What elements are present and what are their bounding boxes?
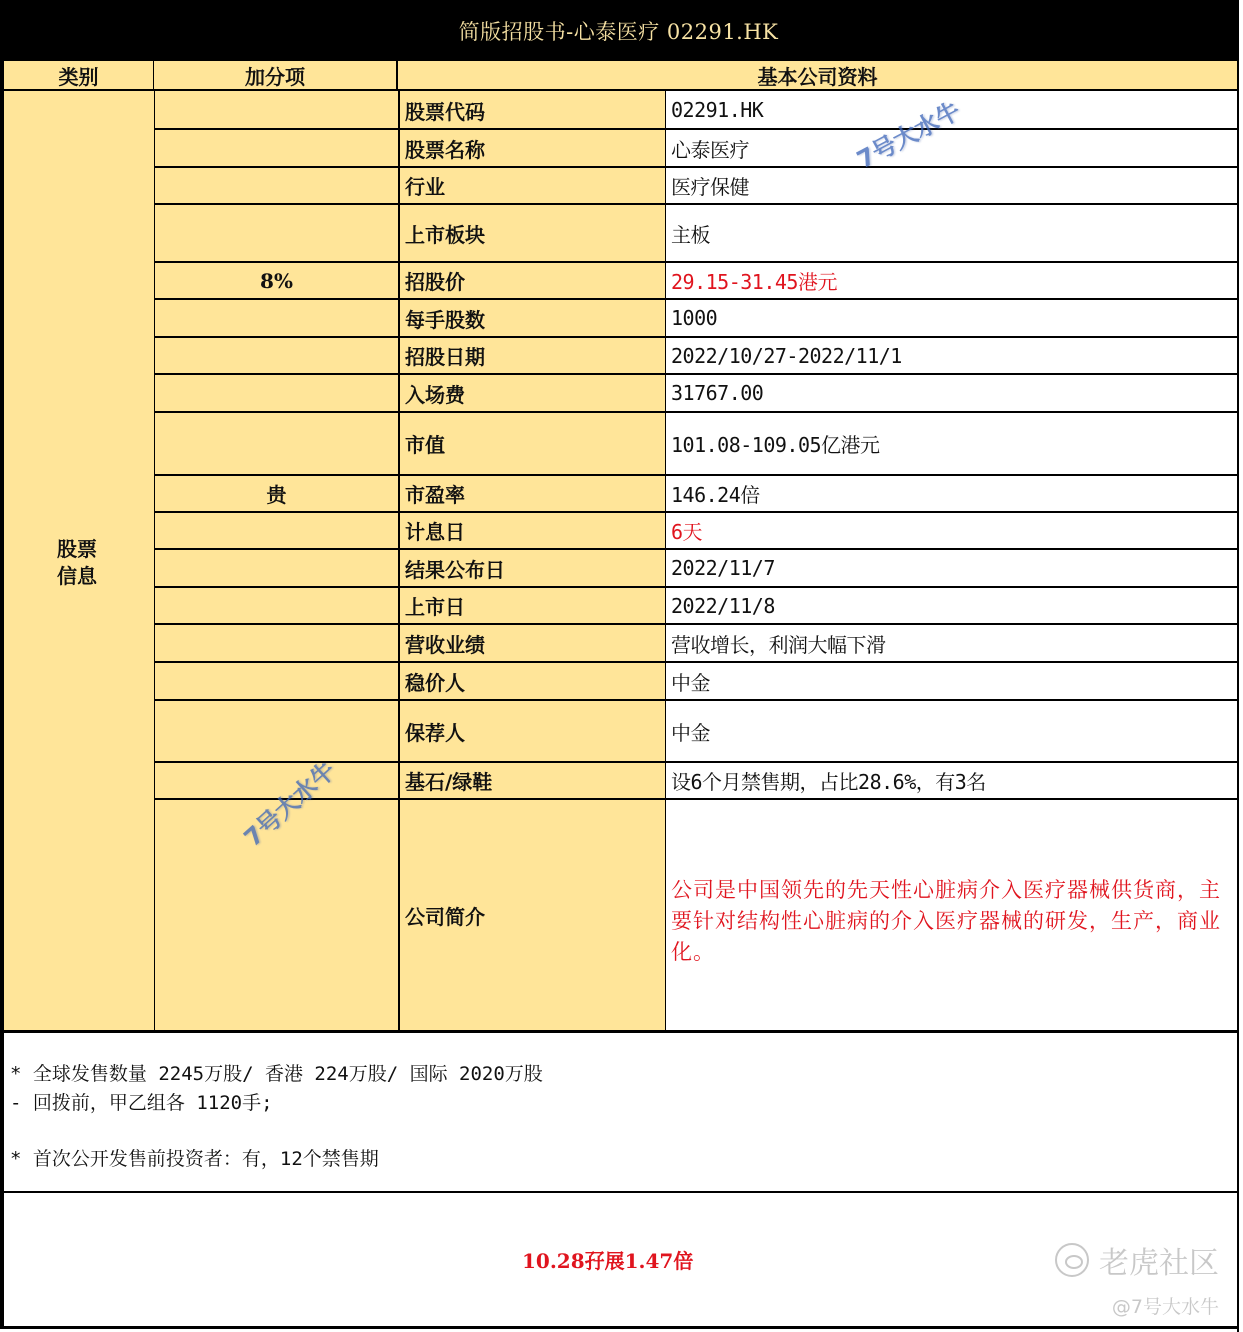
row-label: 市盈率 <box>398 476 665 511</box>
row-value: 2022/11/8 <box>665 588 1237 623</box>
row-value: 营收增长，利润大幅下滑 <box>665 625 1237 661</box>
table-header-row: 类别 加分项 基本公司资料 <box>0 61 1237 91</box>
row-value: 1000 <box>665 300 1237 336</box>
row-value: 146.24倍 <box>665 476 1237 511</box>
row-bonus <box>154 413 398 474</box>
row-bonus <box>154 625 398 661</box>
footer-section: 10.28孖展1.47倍 <box>0 1193 1237 1329</box>
row-value: 101.08-109.05亿港元 <box>665 413 1237 474</box>
page-margin <box>1239 0 1243 1332</box>
header-category: 类别 <box>4 61 154 89</box>
row-label: 营收业绩 <box>398 625 665 661</box>
row-bonus <box>154 300 398 336</box>
row-value: 31767.00 <box>665 375 1237 411</box>
row-label: 入场费 <box>398 375 665 411</box>
row-bonus <box>154 205 398 261</box>
category-label-line1: 股票 <box>0 536 154 563</box>
row-label: 每手股数 <box>398 300 665 336</box>
row-value: 医疗保健 <box>665 168 1237 203</box>
note-pre-ipo-investors: * 首次公开发售前投资者：有，12个禁售期 <box>10 1145 1237 1174</box>
row-label: 保荐人 <box>398 701 665 761</box>
row-bonus: 贵 <box>154 476 398 511</box>
platform-user: @7号大水牛 <box>1112 1292 1219 1319</box>
row-value: 29.15-31.45港元 <box>665 263 1237 298</box>
row-label: 公司简介 <box>398 800 665 1030</box>
header-bonus: 加分项 <box>154 61 398 89</box>
row-bonus <box>154 701 398 761</box>
row-value: 心泰医疗 <box>665 130 1237 166</box>
row-value: 中金 <box>665 701 1237 761</box>
row-bonus <box>154 588 398 623</box>
category-label: 股票 信息 <box>0 536 154 590</box>
row-label: 股票名称 <box>398 130 665 166</box>
platform-name: 老虎社区 <box>1099 1238 1219 1282</box>
note-allocation: - 回拨前，甲乙组各 1120手; <box>10 1089 1237 1118</box>
row-label: 上市板块 <box>398 205 665 261</box>
row-label: 市值 <box>398 413 665 474</box>
tiger-logo-icon <box>1055 1243 1089 1277</box>
row-bonus <box>154 91 398 129</box>
row-value: 中金 <box>665 663 1237 699</box>
margin-oversubscription: 10.28孖展1.47倍 <box>522 1245 693 1274</box>
company-description-cell: 公司是中国领先的先天性心脏病介入医疗器械供货商，主要针对结构性心脏病的介入医疗器… <box>665 800 1237 1030</box>
row-label: 招股价 <box>398 263 665 298</box>
page-title: 简版招股书-心泰医疗 02291.HK <box>0 0 1237 61</box>
row-bonus <box>154 550 398 586</box>
row-bonus <box>154 513 398 548</box>
row-value: 主板 <box>665 205 1237 261</box>
offering-notes: * 全球发售数量 2245万股/ 香港 224万股/ 国际 2020万股 - 回… <box>0 1030 1237 1193</box>
row-label: 计息日 <box>398 513 665 548</box>
row-bonus <box>154 338 398 373</box>
note-global-offering: * 全球发售数量 2245万股/ 香港 224万股/ 国际 2020万股 <box>10 1060 1237 1089</box>
row-label: 招股日期 <box>398 338 665 373</box>
row-bonus: 8% <box>154 263 398 298</box>
row-label: 股票代码 <box>398 91 665 129</box>
row-bonus <box>154 130 398 166</box>
row-bonus <box>154 375 398 411</box>
row-label: 行业 <box>398 168 665 203</box>
row-bonus <box>154 663 398 699</box>
row-label: 基石/绿鞋 <box>398 763 665 798</box>
header-basic-info: 基本公司资料 <box>398 61 1237 89</box>
row-value: 2022/10/27-2022/11/1 <box>665 338 1237 373</box>
category-label-line2: 信息 <box>0 563 154 590</box>
row-value: 设6个月禁售期，占比28.6%，有3名 <box>665 763 1237 798</box>
row-label: 上市日 <box>398 588 665 623</box>
row-value: 6天 <box>665 513 1237 548</box>
company-description: 公司是中国领先的先天性心脏病介入医疗器械供货商，主要针对结构性心脏病的介入医疗器… <box>671 875 1237 968</box>
row-label: 结果公布日 <box>398 550 665 586</box>
row-value: 2022/11/7 <box>665 550 1237 586</box>
row-label: 稳价人 <box>398 663 665 699</box>
row-bonus <box>154 168 398 203</box>
platform-watermark: 老虎社区 <box>1055 1238 1219 1282</box>
